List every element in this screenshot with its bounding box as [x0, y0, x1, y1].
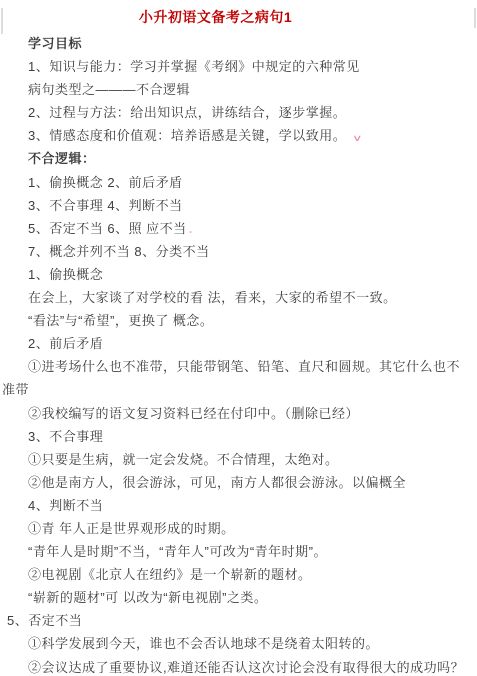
document-line: “崭新的题材”可 以改为“新电视剧”之类。: [0, 586, 477, 609]
line-text: 病句类型之———不合逻辑: [28, 82, 190, 97]
line-text: 学习目标: [28, 36, 82, 51]
document-line: 1、偷换概念: [0, 263, 477, 286]
document-line: “看法”与“希望”，更换了 概念。: [0, 309, 477, 332]
line-text: ①科学发展到今天，谁也不会否认地球不是绕着太阳转的。: [28, 636, 379, 651]
document-line: 准带: [0, 378, 477, 401]
line-text: 在会上，大家谈了对学校的看 法，看来，大家的希望不一致。: [28, 290, 397, 305]
annotation-mark-icon: ∨: [352, 127, 363, 150]
line-text: 4、判断不当: [28, 498, 103, 513]
document-line: 3、情感态度和价值观：培养语感是关键，学以致用。∨: [0, 124, 477, 147]
line-text: ①进考场什么也不准带，只能带钢笔、铅笔、直尺和圆规。其它什么也不: [28, 359, 460, 374]
scan-edge-artifact-right: [474, 8, 476, 28]
document-line: ①青 年人正是世界观形成的时期。: [0, 517, 477, 540]
document-line: ②他是南方人，很会游泳，可见，南方人都很会游泳。以偏概全: [0, 471, 477, 494]
document-line: 3、不合事理: [0, 425, 477, 448]
document-line: 1、知识与能力：学习并掌握《考纲》中规定的六种常见: [0, 55, 477, 78]
document-line: “青年人是时期”不当，“青年人”可改为“青年时期”。: [0, 540, 477, 563]
line-text: 7、概念并列不当 8、分类不当: [28, 244, 210, 259]
document-line: 5、否定不当 6、照 应不当.: [0, 217, 477, 240]
line-text: ①青 年人正是世界观形成的时期。: [28, 521, 235, 536]
line-text: “看法”与“希望”，更换了 概念。: [28, 313, 213, 328]
line-text: 不合逻辑：: [28, 151, 96, 166]
annotation-mark-icon: .: [189, 217, 193, 240]
line-text: 5、否定不当: [7, 613, 82, 628]
document-line: 病句类型之———不合逻辑: [0, 78, 477, 101]
document-line: 2、前后矛盾: [0, 332, 477, 355]
scan-edge-artifact-left: [1, 8, 3, 34]
document-line: 2、过程与方法：给出知识点，讲练结合，逐步掌握。: [0, 101, 477, 124]
line-text: ①只要是生病，就一定会发烧。不合情理，太绝对。: [28, 452, 339, 467]
document-line: ①进考场什么也不准带，只能带钢笔、铅笔、直尺和圆规。其它什么也不: [0, 355, 477, 378]
document-line: ②电视剧《北京人在纽约》是一个崭新的题材。: [0, 563, 477, 586]
line-text: 1、知识与能力：学习并掌握《考纲》中规定的六种常见: [28, 59, 360, 74]
document-line: 4、判断不当: [0, 494, 477, 517]
line-text: 2、过程与方法：给出知识点，讲练结合，逐步掌握。: [28, 105, 346, 120]
line-text: ②他是南方人，很会游泳，可见，南方人都很会游泳。以偏概全: [28, 475, 406, 490]
document-line: 不合逻辑：: [0, 147, 477, 170]
document-line: 3、不合事理 4、判断不当: [0, 194, 477, 217]
line-text: ②我校编写的语文复习资料已经在付印中。（删除已经）: [28, 406, 359, 421]
line-text: 3、不合事理: [28, 429, 103, 444]
document-line: ②会议达成了重要协议,难道还能否认这次讨论会没有取得很大的成功吗？: [0, 656, 477, 676]
line-text: ②会议达成了重要协议,难道还能否认这次讨论会没有取得很大的成功吗？: [28, 660, 464, 675]
document-line: 在会上，大家谈了对学校的看 法，看来，大家的希望不一致。: [0, 286, 477, 309]
document-body: 学习目标1、知识与能力：学习并掌握《考纲》中规定的六种常见病句类型之———不合逻…: [0, 32, 477, 676]
document-line: 7、概念并列不当 8、分类不当: [0, 240, 477, 263]
document-page: 小升初语文备考之病句1 学习目标1、知识与能力：学习并掌握《考纲》中规定的六种常…: [0, 8, 477, 676]
line-text: 1、偷换概念 2、前后矛盾: [28, 175, 183, 190]
line-text: 5、否定不当 6、照 应不当: [28, 221, 187, 236]
line-text: 3、情感态度和价值观：培养语感是关键，学以致用。: [28, 128, 346, 143]
document-line: ①只要是生病，就一定会发烧。不合情理，太绝对。: [0, 448, 477, 471]
document-line: ②我校编写的语文复习资料已经在付印中。（删除已经）: [0, 402, 477, 425]
document-line: 学习目标: [0, 32, 477, 55]
line-text: “崭新的题材”可 以改为“新电视剧”之类。: [28, 590, 267, 605]
line-text: 1、偷换概念: [28, 267, 103, 282]
line-text: ②电视剧《北京人在纽约》是一个崭新的题材。: [28, 567, 312, 582]
line-text: 3、不合事理 4、判断不当: [28, 198, 183, 213]
document-line: 5、否定不当: [0, 609, 477, 632]
document-line: ①科学发展到今天，谁也不会否认地球不是绕着太阳转的。: [0, 632, 477, 655]
page-title: 小升初语文备考之病句1: [0, 8, 431, 26]
document-line: 1、偷换概念 2、前后矛盾: [0, 171, 477, 194]
line-text: 2、前后矛盾: [28, 336, 103, 351]
line-text: “青年人是时期”不当，“青年人”可改为“青年时期”。: [28, 544, 327, 559]
line-text: 准带: [2, 382, 29, 397]
